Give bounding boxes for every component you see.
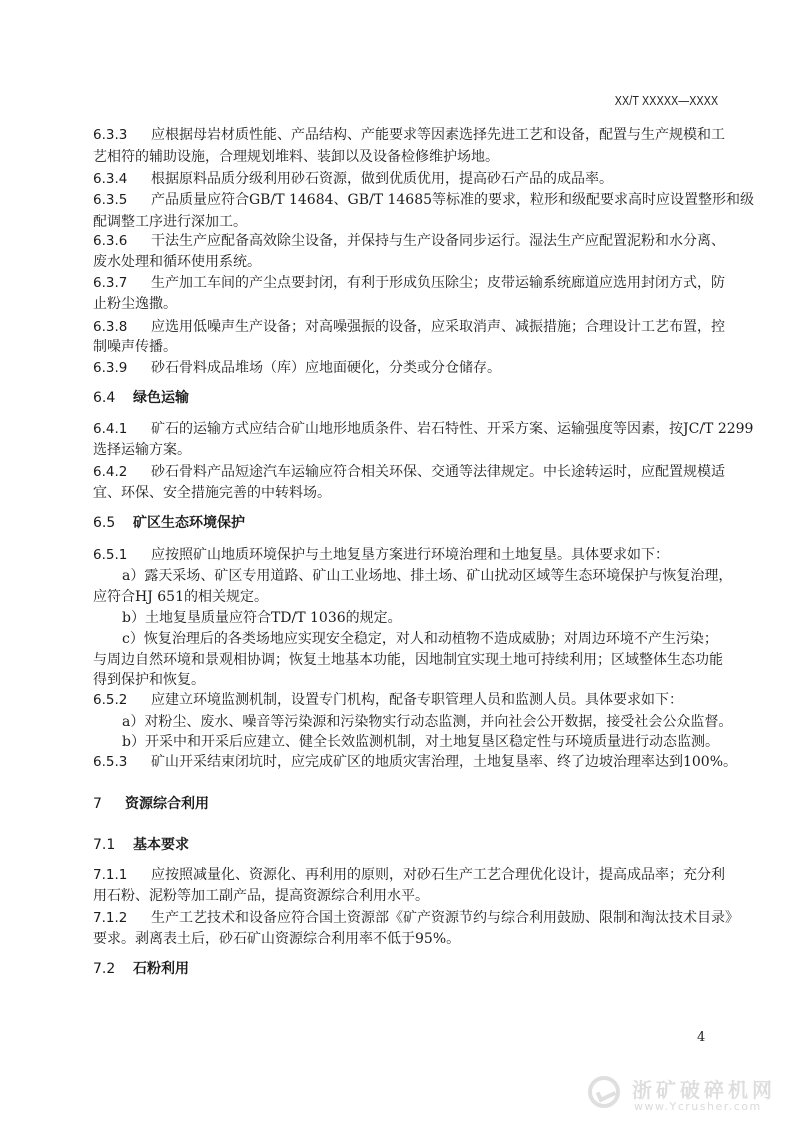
section-title: 矿区生态环境保护: [133, 515, 245, 531]
clause-number: 6.3.7: [93, 274, 151, 292]
clause-text: 应建立环境监测机制，设置专门机构，配备专职管理人员和监测人员。具体要求如下：: [151, 692, 683, 708]
chapter-number: 7: [93, 795, 113, 813]
watermark: 浙矿破碎机网 www.Ycrusher.com: [588, 1072, 788, 1118]
section-title: 石粉利用: [133, 961, 189, 977]
clause-6-3-7: 6.3.7生产加工车间的产尘点要封闭，有利于形成负压除尘；皮带运输系统廊道应选用…: [93, 274, 717, 292]
list-item-a: a）露天采场、矿区专用道路、矿山工业场地、排土场、矿山扰动区域等生态环境保护与恢…: [122, 567, 717, 585]
clause-text: 应选用低噪声生产设备；对高噪强振的设备，应采取消声、减振措施；合理设计工艺布置，…: [151, 319, 725, 335]
list-item-b: b）开采中和开采后应建立、健全长效监测机制，对土地复垦区稳定性与环境质量进行动态…: [122, 733, 717, 751]
clause-continuation: 得到保护和恢复。: [93, 671, 717, 689]
clause-continuation: 废水处理和循环使用系统。: [93, 253, 717, 271]
clause-number: 7.1.1: [93, 866, 151, 884]
clause-number: 6.5.2: [93, 691, 151, 709]
section-heading-6-4: 6.4绿色运输: [93, 389, 189, 407]
clause-text: 干法生产应配备高效除尘设备，并保持与生产设备同步运行。湿法生产应配置泥粉和水分离…: [151, 233, 725, 249]
clause-text: 砂石骨料产品短途汽车运输应符合相关环保、交通等法律规定。中长途转运时，应配置规模…: [151, 464, 725, 480]
document-code-header: XX/T XXXXX—XXXX: [614, 93, 718, 108]
clause-text: 生产加工车间的产尘点要封闭，有利于形成负压除尘；皮带运输系统廊道应选用封闭方式，…: [151, 275, 725, 291]
clause-text: 生产工艺技术和设备应符合国土资源部《矿产资源节约与综合利用鼓励、限制和淘汰技术目…: [151, 910, 739, 926]
clause-number: 6.3.6: [93, 232, 151, 250]
clause-text: 产品质量应符合GB/T 14684、GB/T 14685等标准的要求，粒形和级配…: [151, 192, 754, 208]
clause-text: 砂石骨料成品堆场（库）应地面硬化，分类或分仓储存。: [151, 360, 501, 376]
list-item-c: c）恢复治理后的各类场地应实现安全稳定，对人和动植物不造成威胁；对周边环境不产生…: [122, 630, 717, 648]
clause-6-3-8: 6.3.8应选用低噪声生产设备；对高噪强振的设备，应采取消声、减振措施；合理设计…: [93, 318, 717, 336]
list-item-a: a）对粉尘、废水、噪音等污染源和污染物实行动态监测，并向社会公开数据，接受社会公…: [122, 713, 717, 731]
clause-6-3-4: 6.3.4根据原料品质分级利用砂石资源，做到优质优用，提高砂石产品的成品率。: [93, 170, 717, 188]
clause-text: 根据原料品质分级利用砂石资源，做到优质优用，提高砂石产品的成品率。: [151, 171, 613, 187]
clause-continuation: 用石粉、泥粉等加工副产品，提高资源综合利用水平。: [93, 887, 717, 905]
clause-continuation: 宜、环保、安全措施完善的中转料场。: [93, 484, 717, 502]
clause-continuation: 应符合HJ 651的相关规定。: [93, 588, 717, 606]
clause-text: 应按照减量化、资源化、再利用的原则，对砂石生产工艺合理优化设计，提高成品率；充分…: [151, 867, 725, 883]
section-number: 7.2: [93, 960, 121, 978]
clause-text: 应按照矿山地质环境保护与土地复垦方案进行环境治理和土地复垦。具体要求如下：: [151, 547, 669, 563]
clause-continuation: 要求。剥离表土后，砂石矿山资源综合利用率不低于95%。: [93, 930, 717, 948]
watermark-site-name: 浙矿破碎机网: [632, 1074, 776, 1103]
watermark-url: www.Ycrusher.com: [634, 1100, 762, 1113]
clause-number: 6.3.8: [93, 318, 151, 336]
section-number: 6.4: [93, 389, 121, 407]
page-number: 4: [697, 1030, 705, 1045]
clause-number: 7.1.2: [93, 909, 151, 927]
clause-number: 6.5.1: [93, 546, 151, 564]
clause-6-4-2: 6.4.2砂石骨料产品短途汽车运输应符合相关环保、交通等法律规定。中长途转运时，…: [93, 463, 717, 481]
clause-continuation: 与周边自然环境和景观相协调；恢复土地基本功能，因地制宜实现土地可持续利用；区域整…: [93, 651, 717, 669]
clause-6-3-9: 6.3.9砂石骨料成品堆场（库）应地面硬化，分类或分仓储存。: [93, 359, 717, 377]
clause-continuation: 配调整工序进行深加工。: [93, 213, 717, 231]
section-title: 基本要求: [133, 837, 189, 853]
clause-continuation: 制噪声传播。: [93, 338, 717, 356]
clause-continuation: 止粉尘逸撒。: [93, 295, 717, 313]
clause-number: 6.3.9: [93, 359, 151, 377]
clause-6-5-1: 6.5.1应按照矿山地质环境保护与土地复垦方案进行环境治理和土地复垦。具体要求如…: [93, 546, 717, 564]
clause-6-5-2: 6.5.2应建立环境监测机制，设置专门机构，配备专职管理人员和监测人员。具体要求…: [93, 691, 717, 709]
section-heading-6-5: 6.5矿区生态环境保护: [93, 514, 245, 532]
clause-text: 矿石的运输方式应结合矿山地形地质条件、岩石特性、开采方案、运输强度等因素，按JC…: [151, 421, 753, 437]
clause-text: 矿山开采结束闭坑时，应完成矿区的地质灾害治理，土地复垦率、终了边坡治理率达到10…: [151, 754, 737, 770]
clause-6-4-1: 6.4.1矿石的运输方式应结合矿山地形地质条件、岩石特性、开采方案、运输强度等因…: [93, 420, 717, 438]
watermark-logo-icon: [588, 1076, 620, 1108]
section-heading-7-1: 7.1基本要求: [93, 836, 189, 854]
clause-number: 6.4.2: [93, 463, 151, 481]
clause-number: 6.3.3: [93, 126, 151, 144]
chapter-title: 资源综合利用: [125, 796, 209, 812]
clause-6-3-3: 6.3.3应根据母岩材质性能、产品结构、产能要求等因素选择先进工艺和设备，配置与…: [93, 126, 717, 144]
clause-number: 6.3.5: [93, 191, 151, 209]
clause-6-3-6: 6.3.6干法生产应配备高效除尘设备，并保持与生产设备同步运行。湿法生产应配置泥…: [93, 232, 717, 250]
section-heading-7-2: 7.2石粉利用: [93, 960, 189, 978]
clause-number: 6.3.4: [93, 170, 151, 188]
clause-7-1-1: 7.1.1应按照减量化、资源化、再利用的原则，对砂石生产工艺合理优化设计，提高成…: [93, 866, 717, 884]
clause-6-3-5: 6.3.5产品质量应符合GB/T 14684、GB/T 14685等标准的要求，…: [93, 191, 717, 209]
list-item-b: b）土地复垦质量应符合TD/T 1036的规定。: [122, 609, 717, 627]
clause-continuation: 选择运输方案。: [93, 441, 717, 459]
chapter-heading-7: 7资源综合利用: [93, 795, 209, 813]
section-number: 6.5: [93, 514, 121, 532]
clause-text: 应根据母岩材质性能、产品结构、产能要求等因素选择先进工艺和设备，配置与生产规模和…: [151, 127, 725, 143]
clause-continuation: 艺相符的辅助设施，合理规划堆料、装卸以及设备检修维护场地。: [93, 148, 717, 166]
document-page: XX/T XXXXX—XXXX 6.3.3应根据母岩材质性能、产品结构、产能要求…: [0, 0, 796, 1122]
section-number: 7.1: [93, 836, 121, 854]
clause-number: 6.4.1: [93, 420, 151, 438]
clause-number: 6.5.3: [93, 753, 151, 771]
section-title: 绿色运输: [133, 390, 189, 406]
clause-6-5-3: 6.5.3矿山开采结束闭坑时，应完成矿区的地质灾害治理，土地复垦率、终了边坡治理…: [93, 753, 717, 771]
clause-7-1-2: 7.1.2生产工艺技术和设备应符合国土资源部《矿产资源节约与综合利用鼓励、限制和…: [93, 909, 717, 927]
